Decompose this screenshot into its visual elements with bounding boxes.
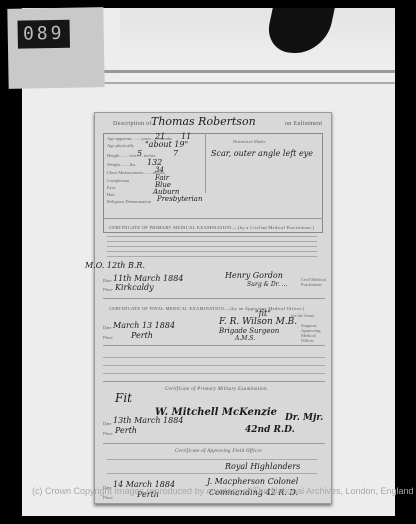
military-exam-signature-title: Dr. Mjr. [285, 413, 323, 423]
frame-counter: 089 [18, 20, 70, 49]
primary-medical-role: Civil Medical Practitioner [301, 277, 329, 287]
final-medical-signature: F. R. Wilson M.B. [219, 317, 297, 327]
approving-officer-heading: Certificate of Approving Field Officer. [175, 449, 263, 454]
height-inches: 7 [173, 149, 178, 158]
distinctive-marks: Scar, outer angle left eye [211, 149, 313, 158]
frame-tag: 089 [7, 7, 104, 89]
final-medical-heading: CERTIFICATE OF FINAL MEDICAL EXAMINATION… [109, 306, 305, 311]
divider [205, 133, 206, 193]
final-medical-signature-extra: A.M.S. [235, 335, 255, 342]
copyright-watermark: (c) Crown Copyright Images reproduced by… [32, 486, 392, 496]
primary-medical-signature: Henry Gordon [225, 271, 283, 280]
chest: 34 [155, 166, 164, 174]
approving-officer-regiment: Royal Highlanders [225, 462, 300, 471]
primary-medical-signature-title: Surg & Dr. ... [247, 281, 287, 288]
backing-board-top [120, 8, 395, 78]
military-exam-date: 13th March 1884 [113, 416, 183, 425]
military-exam-place: Perth [115, 426, 137, 435]
scan-frame: 089 Description of Thomas Robertson on E… [0, 0, 416, 524]
fold-line [100, 82, 395, 84]
distinctive-marks-label: Distinctive Marks [233, 139, 265, 144]
apparent-age: "about 19" [145, 140, 188, 149]
religion: Presbyterian [157, 195, 202, 203]
approving-officer-signature: J. Macpherson Colonel [207, 477, 298, 486]
height-feet: 5 [137, 149, 142, 158]
fold-line [100, 70, 395, 73]
final-medical-role: Surgeon, Approving Medical Officer [301, 323, 329, 343]
primary-medical-heading: CERTIFICATE OF PRIMARY MEDICAL EXAMINATI… [109, 225, 314, 230]
primary-medical-date: 11th March 1884 [113, 274, 183, 283]
title-suffix: on Enlistment [285, 121, 322, 127]
military-exam-heading: Certificate of Primary Military Examinat… [165, 387, 268, 392]
final-medical-date: March 13 1884 [113, 321, 175, 330]
military-exam-annotation: Fit [115, 391, 132, 405]
final-medical-place: Perth [131, 331, 153, 340]
title-prefix: Description of [113, 121, 152, 127]
recruit-name: Thomas Robertson [151, 115, 256, 128]
primary-medical-annotation: M.O. 12th B.R. [85, 261, 145, 270]
military-exam-unit: 42nd R.D. [245, 425, 295, 435]
attestation-document: Description of Thomas Robertson on Enlis… [94, 112, 332, 504]
final-medical-signature-title: Brigade Surgeon [219, 327, 279, 335]
primary-medical-place: Kirkcaldy [115, 283, 154, 292]
